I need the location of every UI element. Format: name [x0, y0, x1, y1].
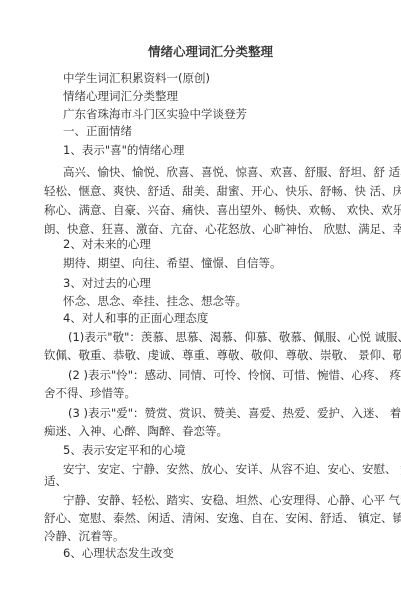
s6-heading: 6、心理状态发生改变 [63, 546, 174, 560]
meta-line-1: 中学生词汇积累资料一(原创) [63, 71, 210, 85]
s4-p3-line: (3 )表示"爱"：赞赏、赏识、赞美、喜爱、热爱、爱护、入迷、 着迷、 [68, 406, 366, 420]
s1-line: 朗、快意、狂喜、激奋、亢奋、心花怒放、心旷神怡、 欣慰、满足、幸福等。 [44, 222, 366, 236]
s5-p2-line: 舒心、宽慰、泰然、闲适、清闲、安逸、自在、安闲、舒适、 镇定、镇静、 [44, 511, 366, 525]
s4-p1-line: 钦佩、敬重、恭敬、虔诚、尊重、尊敬、敬仰、尊敬、崇敬、 景仰、敬畏等。 [44, 348, 366, 362]
s5-p2-line: 冷静、沉着等。 [44, 529, 125, 543]
s2-heading: 2、对未来的心理 [63, 237, 151, 251]
s5-p2-line: 宁静、安静、轻松、踏实、安稳、坦然、心安理得、心静、心平 气和、 [63, 493, 366, 507]
s4-p1-line: (1)表示"敬"：羡慕、思慕、渴慕、仰慕、敬慕、佩服、心悦 诚服、 [68, 330, 366, 344]
doc-title: 情绪心理词汇分类整理 [148, 45, 273, 59]
s1-line: 称心、满意、自豪、兴奋、痛快、喜出望外、畅快、欢畅、 欢快、欢乐、开 [44, 203, 366, 217]
s5-p1-line: 安宁、安定、宁静、安然、放心、安详、从容不迫、安心、安慰、 安 [63, 462, 366, 476]
s3-line: 怀念、思念、牵挂、挂念、想念等。 [63, 294, 247, 308]
s4-heading: 4、对人和事的正面心理态度 [63, 311, 208, 325]
s4-p2-line: (2 )表示"怜"：感动、同情、可怜、怜悯、可惜、惋惜、心疼、 疼爱、 [68, 368, 366, 382]
s1-heading: 1、表示"喜"的情绪心理 [63, 143, 184, 157]
s4-p3-line: 痴迷、入神、心醉、陶醉、眷恋等。 [44, 424, 228, 438]
s5-heading: 5、表示安定平和的心境 [63, 443, 185, 457]
meta-line-3: 广东省珠海市斗门区实验中学谈登芳 [63, 107, 247, 121]
s2-line: 期待、期望、向往、希望、憧憬、自信等。 [63, 256, 282, 270]
s5-p1-line: 适、 [44, 474, 67, 488]
s1-line: 高兴、愉快、愉悦、欣喜、喜悦、惊喜、欢喜、舒服、舒坦、舒 适、 [63, 165, 366, 179]
s3-heading: 3、对过去的心理 [63, 276, 151, 290]
meta-line-2: 情绪心理词汇分类整理 [63, 89, 178, 103]
s1-line: 轻松、惬意、爽快、舒适、甜美、甜蜜、开心、快乐、舒畅、快 活、庆幸、 [44, 184, 366, 198]
section-heading-positive: 一、正面情绪 [63, 124, 132, 138]
s4-p2-line: 舍不得、珍惜等。 [44, 386, 136, 400]
